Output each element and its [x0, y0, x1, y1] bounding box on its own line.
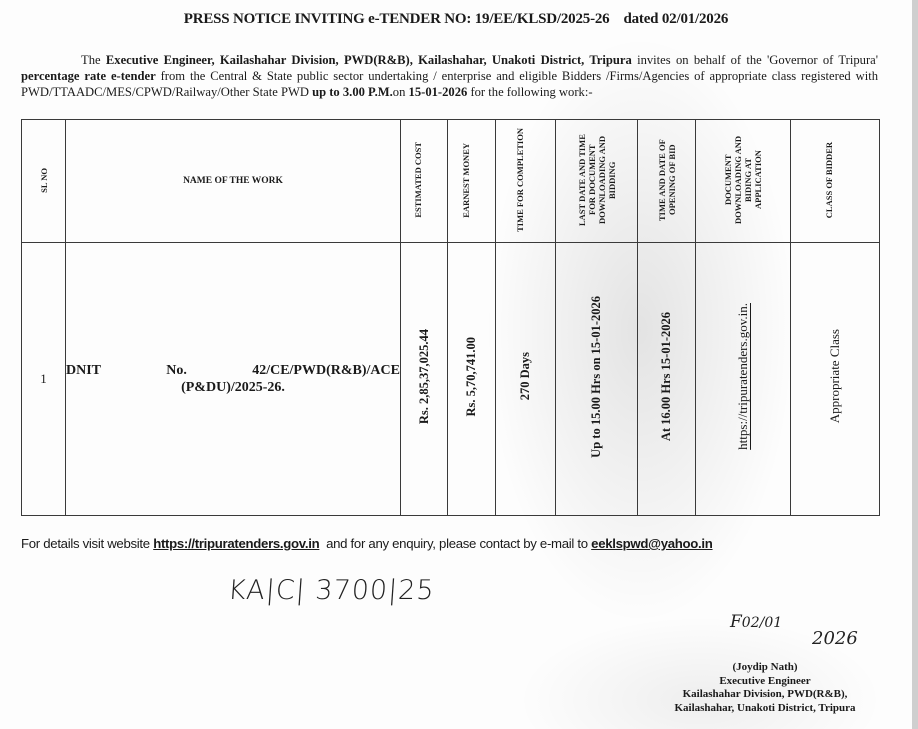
website-link[interactable]: https://tripuratenders.gov.in: [153, 536, 319, 551]
cell-earnest-money: Rs. 5,70,741.00: [448, 243, 496, 516]
table-row: 1 DNIT No. 42/CE/PWD(R&B)/ACE (P&DU)/202…: [22, 243, 880, 516]
handwritten-reference: KA|C| 3700|25: [227, 575, 436, 606]
cell-class-of-bidder: Appropriate Class: [791, 243, 880, 516]
notice-date: dated 02/01/2026: [623, 11, 728, 27]
email-link[interactable]: eeklspwd@yahoo.in: [591, 536, 712, 551]
scanned-page: PRESS NOTICE INVITING e-TENDER NO: 19/EE…: [0, 0, 912, 729]
header-name-of-work: NAME OF THE WORK: [66, 120, 401, 243]
cell-name-of-work: DNIT No. 42/CE/PWD(R&B)/ACE (P&DU)/2025-…: [66, 243, 401, 516]
deadline-date: 15-01-2026: [409, 85, 468, 99]
intro-paragraph: The Executive Engineer, Kailashahar Divi…: [21, 52, 878, 100]
notice-title: PRESS NOTICE INVITING e-TENDER NO: 19/EE…: [0, 11, 912, 28]
header-estimated-cost: ESTIMATED COST: [401, 120, 448, 243]
header-class-of-bidder: CLASS OF BIDDER: [791, 120, 880, 243]
cell-estimated-cost: Rs. 2,85,37,025.44: [401, 243, 448, 516]
header-earnest-money: EARNEST MONEY: [448, 120, 496, 243]
header-application: DOCUMENT DOWNLOADING AND BIDING AT APPLI…: [696, 120, 791, 243]
header-time-for-completion: TIME FOR COMPLETION: [496, 120, 556, 243]
signatory-division: Kailashahar Division, PWD(R&B),: [640, 688, 890, 702]
tender-number: PRESS NOTICE INVITING e-TENDER NO: 19/EE…: [184, 11, 610, 27]
table-header-row: SL NO NAME OF THE WORK ESTIMATED COST EA…: [22, 120, 880, 243]
scan-edge: [912, 0, 918, 729]
issuing-authority: Executive Engineer, Kailashahar Division…: [106, 53, 632, 67]
tender-type: percentage rate e-tender: [21, 69, 156, 83]
signatory-designation: Executive Engineer: [640, 675, 890, 689]
header-last-date: LAST DATE AND TIME FOR DOCUMENT DOWNLOAD…: [556, 120, 638, 243]
header-sl-no: SL NO: [22, 120, 66, 243]
signatory-name: (Joydip Nath): [640, 661, 890, 675]
cell-sl-no: 1: [22, 243, 66, 516]
details-line: For details visit website https://tripur…: [21, 536, 713, 551]
cell-time-for-completion: 270 Days: [496, 243, 556, 516]
cell-opening-date: At 16.00 Hrs 15-01-2026: [638, 243, 696, 516]
tender-table: SL NO NAME OF THE WORK ESTIMATED COST EA…: [21, 119, 880, 516]
cell-application-link[interactable]: https://tripuratenders.gov.in.: [696, 243, 791, 516]
signatory-block: (Joydip Nath) Executive Engineer Kailash…: [640, 661, 890, 715]
header-opening-date: TIME AND DATE OF OPENING OF BID: [638, 120, 696, 243]
deadline-time: up to 3.00 P.M.: [312, 85, 393, 99]
signature: F02/01 2026: [730, 612, 782, 632]
cell-last-date: Up to 15.00 Hrs on 15-01-2026: [556, 243, 638, 516]
signatory-location: Kailashahar, Unakoti District, Tripura: [640, 702, 890, 716]
tender-portal-link[interactable]: https://tripuratenders.gov.in.: [735, 303, 751, 450]
